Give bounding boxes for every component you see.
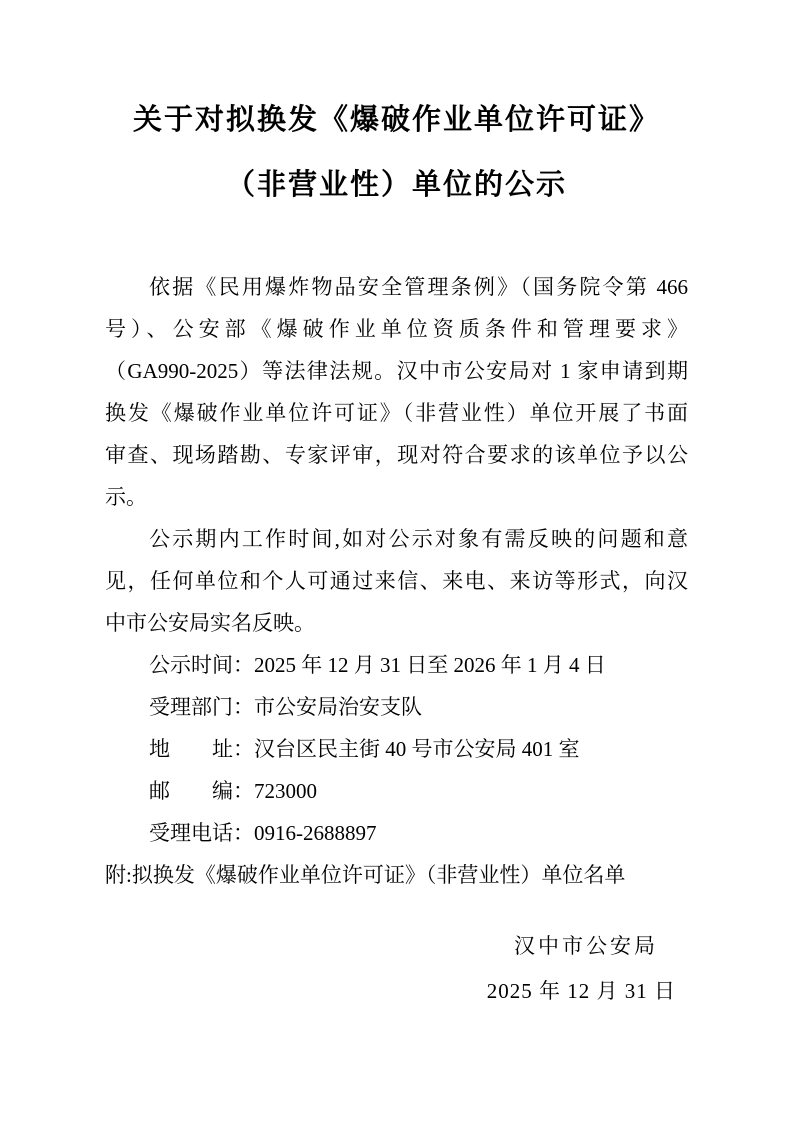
body-line-5: 审查、现场踏勘、专家评审，现对符合要求的该单位予以公 (105, 434, 688, 476)
phone-line: 受理电话：0916-2688897 (105, 812, 688, 854)
accepting-department-line: 受理部门：市公安局治安支队 (105, 686, 688, 728)
body-line-1: 依据《民用爆炸物品安全管理条例》（国务院令第 466 (105, 266, 688, 308)
signature-date: 2025 年 12 月 31 日 (105, 969, 688, 1014)
body-line-6: 示。 (105, 476, 688, 518)
signature-block: 汉中市公安局 2025 年 12 月 31 日 (105, 924, 688, 1014)
signature-organization: 汉中市公安局 (105, 924, 688, 969)
document-title: 关于对拟换发《爆破作业单位许可证》 （非营业性）单位的公示 (105, 88, 688, 218)
title-line-1: 关于对拟换发《爆破作业单位许可证》 (105, 88, 688, 153)
body-line-7: 公示期内工作时间,如对公示对象有需反映的问题和意 (105, 518, 688, 560)
body-line-8: 见，任何单位和个人可通过来信、来电、来访等形式，向汉 (105, 560, 688, 602)
publicity-period-line: 公示时间：2025 年 12 月 31 日至 2026 年 1 月 4 日 (105, 644, 688, 686)
title-line-2: （非营业性）单位的公示 (105, 153, 688, 218)
postal-code-line: 邮 编：723000 (105, 770, 688, 812)
body-line-4: 换发《爆破作业单位许可证》（非营业性）单位开展了书面 (105, 392, 688, 434)
attachment-line: 附:拟换发《爆破作业单位许可证》（非营业性）单位名单 (105, 854, 688, 896)
address-line: 地 址：汉台区民主街 40 号市公安局 401 室 (105, 728, 688, 770)
body-line-3: （GA990-2025）等法律法规。汉中市公安局对 1 家申请到期 (105, 350, 688, 392)
document-body: 依据《民用爆炸物品安全管理条例》（国务院令第 466 号）、公安部《爆破作业单位… (105, 266, 688, 896)
document-content: 关于对拟换发《爆破作业单位许可证》 （非营业性）单位的公示 依据《民用爆炸物品安… (0, 0, 793, 1014)
body-line-9: 中市公安局实名反映。 (105, 602, 688, 644)
document-page: 关于对拟换发《爆破作业单位许可证》 （非营业性）单位的公示 依据《民用爆炸物品安… (0, 0, 793, 1122)
body-line-2: 号）、公安部《爆破作业单位资质条件和管理要求》 (105, 308, 688, 350)
